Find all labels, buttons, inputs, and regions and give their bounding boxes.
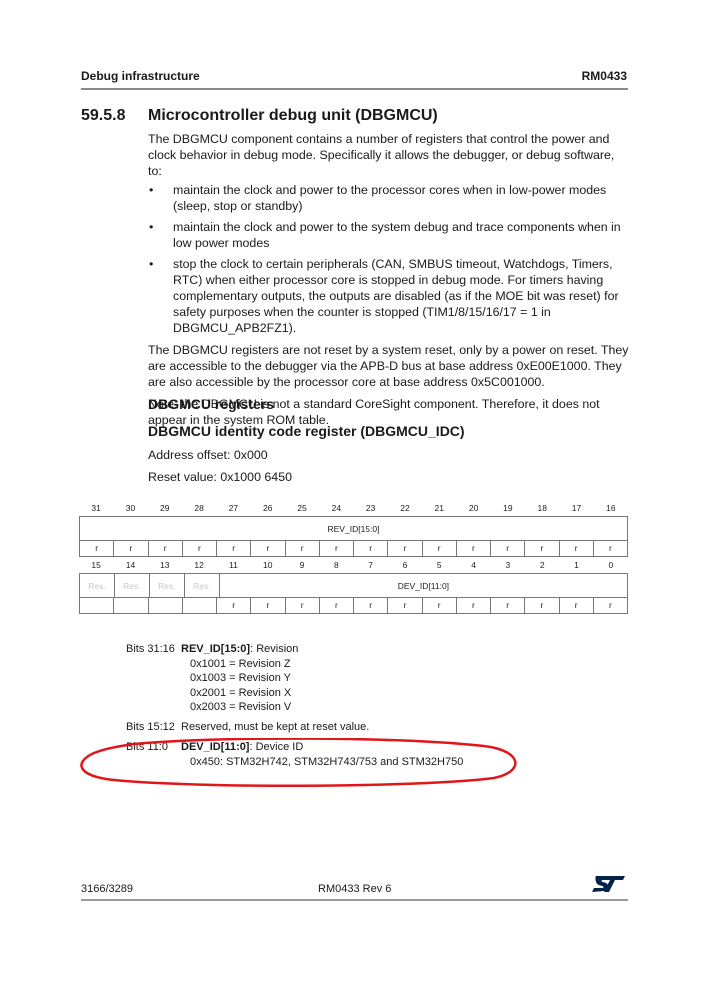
address-offset: Address offset: 0x000 xyxy=(148,447,630,463)
bit-number: 24 xyxy=(319,503,353,513)
access-cell: r xyxy=(560,541,594,557)
access-cell: r xyxy=(491,541,525,557)
access-cell: r xyxy=(594,598,628,614)
section-number: 59.5.8 xyxy=(81,107,125,125)
page-number: 3166/3289 xyxy=(81,883,133,895)
bit-number: 15 xyxy=(79,560,113,570)
bit-number: 8 xyxy=(319,560,353,570)
access-cell: r xyxy=(525,598,559,614)
running-header-docid: RM0433 xyxy=(582,69,627,83)
bit-number: 9 xyxy=(285,560,319,570)
intro-paragraph: The DBGMCU component contains a number o… xyxy=(148,131,630,179)
bit-number: 22 xyxy=(388,503,422,513)
st-logo-icon xyxy=(590,874,626,894)
bit-number: 19 xyxy=(491,503,525,513)
bit-number: 2 xyxy=(525,560,559,570)
access-cell: r xyxy=(286,541,320,557)
bit-number: 26 xyxy=(251,503,285,513)
access-cell: r xyxy=(217,541,251,557)
bit-number: 13 xyxy=(148,560,182,570)
bit-number: 11 xyxy=(216,560,250,570)
bit-number: 30 xyxy=(113,503,147,513)
rev-id-field: REV_ID[15:0] xyxy=(80,517,628,541)
bit-number: 16 xyxy=(594,503,628,513)
bit-number: 5 xyxy=(422,560,456,570)
bullet-icon: • xyxy=(149,182,153,198)
bit-description-dev: Bits 11:0DEV_ID[11:0]: Device ID 0x450: … xyxy=(126,740,463,769)
access-cell: r xyxy=(183,541,217,557)
reserved-bit-cell: Res. xyxy=(115,574,150,598)
bit-number: 0 xyxy=(594,560,628,570)
bit-number: 20 xyxy=(456,503,490,513)
access-cell: r xyxy=(560,598,594,614)
section-title: Microcontroller debug unit (DBGMCU) xyxy=(148,107,438,125)
access-cell: r xyxy=(354,598,388,614)
access-cell: r xyxy=(388,541,422,557)
list-item: •maintain the clock and power to the sys… xyxy=(148,219,630,251)
bit-number: 6 xyxy=(388,560,422,570)
running-header-section: Debug infrastructure xyxy=(81,69,200,83)
footer-rule xyxy=(81,899,628,901)
access-cell: r xyxy=(388,598,422,614)
access-cell: r xyxy=(114,541,148,557)
access-cell: r xyxy=(251,541,285,557)
lower-access-row: rrrrrrrrrrrr xyxy=(79,598,628,614)
bit-number: 14 xyxy=(113,560,147,570)
bullet-list: •maintain the clock and power to the pro… xyxy=(148,182,630,336)
bit-number: 12 xyxy=(182,560,216,570)
lower-bit-numbers: 1514131211109876543210 xyxy=(79,557,628,573)
register-bitfield-table: 31302928272625242322212019181716 REV_ID[… xyxy=(79,500,628,614)
access-cell: r xyxy=(491,598,525,614)
access-cell: r xyxy=(80,541,114,557)
access-cell: r xyxy=(320,541,354,557)
register-title: DBGMCU identity code register (DBGMCU_ID… xyxy=(148,423,465,439)
access-cell: r xyxy=(423,541,457,557)
access-cell: r xyxy=(457,598,491,614)
access-cell: r xyxy=(320,598,354,614)
bit-number: 25 xyxy=(285,503,319,513)
access-cell: r xyxy=(149,541,183,557)
subheading-registers: DBGMCU registers xyxy=(148,396,274,412)
dev-id-field: DEV_ID[11:0] xyxy=(220,574,628,598)
bit-number: 18 xyxy=(525,503,559,513)
bullet-icon: • xyxy=(149,219,153,235)
access-cell: r xyxy=(525,541,559,557)
bit-number: 31 xyxy=(79,503,113,513)
bit-number: 3 xyxy=(491,560,525,570)
access-cell: r xyxy=(286,598,320,614)
bit-description-reserved: Bits 15:12Reserved, must be kept at rese… xyxy=(126,720,369,735)
body-text: The DBGMCU component contains a number o… xyxy=(148,131,630,428)
access-cell xyxy=(80,598,114,614)
bit-number: 4 xyxy=(456,560,490,570)
list-item: •stop the clock to certain peripherals (… xyxy=(148,256,630,336)
bit-number: 27 xyxy=(216,503,250,513)
bit-number: 29 xyxy=(148,503,182,513)
access-cell xyxy=(183,598,217,614)
access-cell: r xyxy=(354,541,388,557)
bit-number: 10 xyxy=(251,560,285,570)
reserved-bit-cell: Res. xyxy=(80,574,115,598)
bit-number: 28 xyxy=(182,503,216,513)
bit-number: 23 xyxy=(354,503,388,513)
access-cell: r xyxy=(217,598,251,614)
doc-revision: RM0433 Rev 6 xyxy=(318,883,391,895)
upper-field-row: REV_ID[15:0] xyxy=(79,516,628,541)
bit-number: 21 xyxy=(422,503,456,513)
reserved-bit-cell: Res. xyxy=(150,574,185,598)
access-cell xyxy=(114,598,148,614)
reset-paragraph: The DBGMCU registers are not reset by a … xyxy=(148,342,630,390)
list-item: •maintain the clock and power to the pro… xyxy=(148,182,630,214)
bit-number: 7 xyxy=(354,560,388,570)
bullet-icon: • xyxy=(149,256,153,272)
access-cell: r xyxy=(423,598,457,614)
reset-value: Reset value: 0x1000 6450 xyxy=(148,469,630,485)
lower-field-row: Res.Res.Res.Res.DEV_ID[11:0] xyxy=(79,573,628,598)
bit-number: 1 xyxy=(559,560,593,570)
upper-bit-numbers: 31302928272625242322212019181716 xyxy=(79,500,628,516)
bit-description-rev: Bits 31:16REV_ID[15:0]: Revision 0x1001 … xyxy=(126,642,298,715)
access-cell: r xyxy=(251,598,285,614)
bit-number: 17 xyxy=(559,503,593,513)
access-cell xyxy=(149,598,183,614)
upper-access-row: rrrrrrrrrrrrrrrr xyxy=(79,541,628,557)
header-rule xyxy=(81,88,628,90)
access-cell: r xyxy=(594,541,628,557)
access-cell: r xyxy=(457,541,491,557)
reserved-bit-cell: Res. xyxy=(185,574,220,598)
